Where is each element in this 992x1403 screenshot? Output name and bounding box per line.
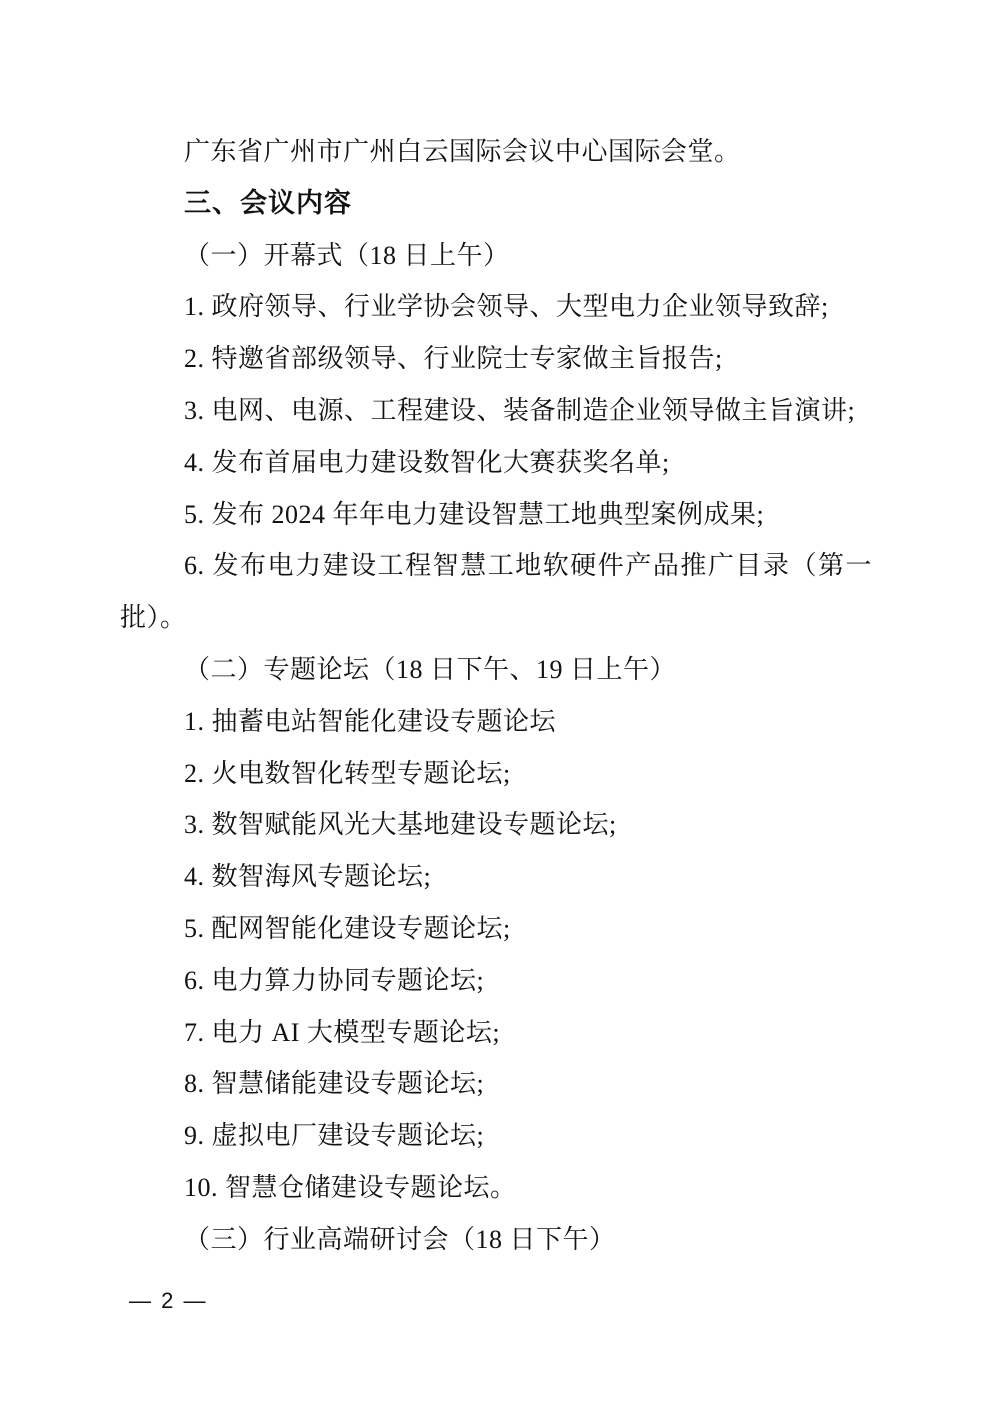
list-item: 2. 火电数智化转型专题论坛; (120, 748, 872, 800)
list-item: 3. 数智赋能风光大基地建设专题论坛; (120, 799, 872, 851)
list-item: 9. 虚拟电厂建设专题论坛; (120, 1110, 872, 1162)
subsection-2-title: （二）专题论坛（18 日下午、19 日上午） (120, 644, 872, 696)
list-item: 1. 抽蓄电站智能化建设专题论坛 (120, 696, 872, 748)
section-heading: 三、会议内容 (120, 178, 872, 230)
list-item: 3. 电网、电源、工程建设、装备制造企业领导做主旨演讲; (120, 385, 872, 437)
document-content: 广东省广州市广州白云国际会议中心国际会堂。 三、会议内容 （一）开幕式（18 日… (120, 126, 872, 1266)
list-item: 6. 发布电力建设工程智慧工地软硬件产品推广目录（第一批）。 (120, 540, 872, 644)
page-number: — 2 — (129, 1288, 207, 1314)
list-item: 5. 配网智能化建设专题论坛; (120, 903, 872, 955)
list-item: 1. 政府领导、行业学协会领导、大型电力企业领导致辞; (120, 281, 872, 333)
list-item: 8. 智慧储能建设专题论坛; (120, 1058, 872, 1110)
list-item: 10. 智慧仓储建设专题论坛。 (120, 1162, 872, 1214)
subsection-3-title: （三）行业高端研讨会（18 日下午） (120, 1214, 872, 1266)
list-item: 4. 发布首届电力建设数智化大赛获奖名单; (120, 437, 872, 489)
document-page: 广东省广州市广州白云国际会议中心国际会堂。 三、会议内容 （一）开幕式（18 日… (0, 0, 992, 1403)
list-item: 7. 电力 AI 大模型专题论坛; (120, 1007, 872, 1059)
list-item: 5. 发布 2024 年年电力建设智慧工地典型案例成果; (120, 489, 872, 541)
subsection-1-title: （一）开幕式（18 日上午） (120, 230, 872, 282)
list-item: 2. 特邀省部级领导、行业院士专家做主旨报告; (120, 333, 872, 385)
list-item: 6. 电力算力协同专题论坛; (120, 955, 872, 1007)
location-line: 广东省广州市广州白云国际会议中心国际会堂。 (120, 126, 872, 178)
list-item: 4. 数智海风专题论坛; (120, 851, 872, 903)
